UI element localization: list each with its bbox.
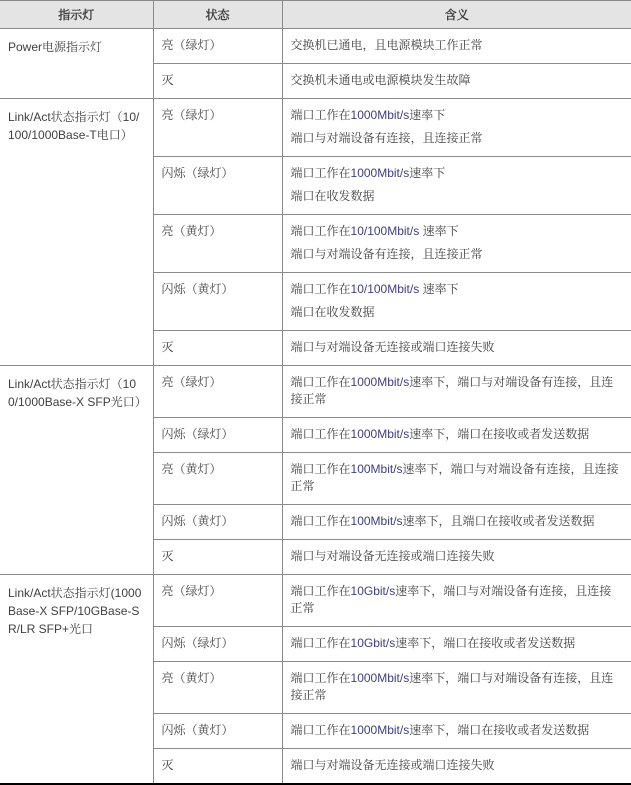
meaning-paragraph: 端口工作在1000Mbit/s速率下，端口在接收或者发送数据 (291, 722, 624, 739)
meaning-text: 速率下，端口在接收或者发送数据 (409, 723, 589, 737)
state-cell: 灭 (153, 540, 282, 575)
meaning-cell: 端口工作在1000Mbit/s速率下，端口与对端设备有连接，且连接正常 (282, 366, 631, 418)
state-cell: 闪烁（绿灯） (153, 627, 282, 662)
state-cell: 灭 (153, 749, 282, 785)
meaning-paragraph: 端口工作在1000Mbit/s速率下 (291, 165, 624, 182)
meaning-cell: 交换机未通电或电源模块发生故障 (282, 64, 631, 99)
indicator-cell: Link/Act状态指示灯(1000Base-X SFP/10GBase-SR/… (0, 575, 153, 785)
meaning-paragraph: 端口工作在100Mbit/s速率下，且端口在接收或者发送数据 (291, 513, 624, 530)
meaning-text: 端口与对端设备无连接或端口连接失败 (291, 340, 495, 354)
indicator-cell: Link/Act状态指示灯（100/1000Base-X SFP光口） (0, 366, 153, 575)
meaning-text: 端口工作在 (291, 108, 351, 122)
meaning-text: 端口工作在 (291, 462, 351, 476)
state-cell: 闪烁（黄灯） (153, 714, 282, 749)
speed-value[interactable]: 100Mbit/s (351, 462, 403, 476)
meaning-text: 端口工作在 (291, 282, 351, 296)
meaning-text: 端口工作在 (291, 166, 351, 180)
meaning-cell: 端口工作在1000Mbit/s速率下端口与对端设备有连接，且连接正常 (282, 99, 631, 157)
speed-value[interactable]: 1000Mbit/s (351, 166, 410, 180)
state-cell: 亮（黄灯） (153, 453, 282, 505)
meaning-paragraph: 端口工作在10Gbit/s速率下，端口与对端设备有连接，且连接正常 (291, 583, 624, 617)
meaning-cell: 端口工作在100Mbit/s速率下，且端口在接收或者发送数据 (282, 505, 631, 540)
column-header-indicator: 指示灯 (0, 1, 153, 29)
speed-value[interactable]: 1000Mbit/s (351, 108, 410, 122)
meaning-text: 端口工作在 (291, 584, 351, 598)
meaning-paragraph: 端口与对端设备无连接或端口连接失败 (291, 548, 624, 565)
meaning-cell: 端口工作在10/100Mbit/s 速率下端口与对端设备有连接，且连接正常 (282, 215, 631, 273)
meaning-text: 交换机已通电，且电源模块工作正常 (291, 38, 483, 52)
state-cell: 亮（黄灯） (153, 215, 282, 273)
meaning-cell: 端口工作在100Mbit/s速率下，端口与对端设备有连接，且连接正常 (282, 453, 631, 505)
meaning-paragraph: 端口与对端设备有连接，且连接正常 (291, 246, 624, 263)
meaning-cell: 交换机已通电，且电源模块工作正常 (282, 29, 631, 64)
meaning-paragraph: 端口工作在1000Mbit/s速率下，端口与对端设备有连接，且连接正常 (291, 374, 624, 408)
meaning-paragraph: 端口工作在100Mbit/s速率下，端口与对端设备有连接，且连接正常 (291, 461, 624, 495)
state-cell: 灭 (153, 331, 282, 366)
meaning-paragraph: 交换机已通电，且电源模块工作正常 (291, 37, 624, 54)
speed-value[interactable]: 10/100Mbit/s (351, 282, 420, 296)
meaning-paragraph: 端口工作在10Gbit/s速率下，端口在接收或者发送数据 (291, 635, 624, 652)
meaning-text: 端口工作在 (291, 636, 351, 650)
meaning-paragraph: 交换机未通电或电源模块发生故障 (291, 72, 624, 89)
speed-value[interactable]: 100Mbit/s (351, 514, 403, 528)
meaning-paragraph: 端口与对端设备无连接或端口连接失败 (291, 339, 624, 356)
state-cell: 闪烁（黄灯） (153, 273, 282, 331)
meaning-text: 端口工作在 (291, 427, 351, 441)
meaning-cell: 端口工作在1000Mbit/s速率下，端口在接收或者发送数据 (282, 418, 631, 453)
header-row: 指示灯 状态 含义 (0, 1, 631, 29)
meaning-text: 端口与对端设备有连接，且连接正常 (291, 131, 483, 145)
meaning-text: 速率下，端口在接收或者发送数据 (395, 636, 575, 650)
meaning-text: 速率下，端口在接收或者发送数据 (409, 427, 589, 441)
meaning-text: 端口工作在 (291, 375, 351, 389)
meaning-paragraph: 端口工作在1000Mbit/s速率下 (291, 107, 624, 124)
meaning-cell: 端口工作在1000Mbit/s速率下，端口与对端设备有连接，且连接正常 (282, 662, 631, 714)
meaning-paragraph: 端口工作在10/100Mbit/s 速率下 (291, 281, 624, 298)
speed-value[interactable]: 10Gbit/s (351, 584, 396, 598)
meaning-text: 交换机未通电或电源模块发生故障 (291, 73, 471, 87)
meaning-cell: 端口与对端设备无连接或端口连接失败 (282, 331, 631, 366)
led-indicator-table: 指示灯 状态 含义 Power电源指示灯亮（绿灯）交换机已通电，且电源模块工作正… (0, 0, 631, 785)
speed-value[interactable]: 10/100Mbit/s (351, 224, 420, 238)
meaning-text: 端口工作在 (291, 224, 351, 238)
meaning-cell: 端口工作在10Gbit/s速率下，端口与对端设备有连接，且连接正常 (282, 575, 631, 627)
meaning-cell: 端口工作在10/100Mbit/s 速率下端口在收发数据 (282, 273, 631, 331)
state-cell: 灭 (153, 64, 282, 99)
state-cell: 闪烁（黄灯） (153, 505, 282, 540)
meaning-text: 端口与对端设备无连接或端口连接失败 (291, 758, 495, 772)
table-row: Link/Act状态指示灯（100/1000Base-X SFP光口）亮（绿灯）… (0, 366, 631, 418)
meaning-text: 端口工作在 (291, 671, 351, 685)
meaning-paragraph: 端口在收发数据 (291, 188, 624, 205)
state-cell: 闪烁（绿灯） (153, 418, 282, 453)
state-cell: 亮（绿灯） (153, 575, 282, 627)
speed-value[interactable]: 10Gbit/s (351, 636, 396, 650)
meaning-text: 速率下 (419, 282, 458, 296)
table-row: Link/Act状态指示灯（10/100/1000Base-T电口）亮（绿灯）端… (0, 99, 631, 157)
state-cell: 亮（黄灯） (153, 662, 282, 714)
meaning-paragraph: 端口与对端设备有连接，且连接正常 (291, 130, 624, 147)
column-header-meaning: 含义 (282, 1, 631, 29)
meaning-cell: 端口与对端设备无连接或端口连接失败 (282, 749, 631, 785)
meaning-text: 速率下，且端口在接收或者发送数据 (403, 514, 595, 528)
meaning-paragraph: 端口工作在10/100Mbit/s 速率下 (291, 223, 624, 240)
meaning-text: 速率下 (419, 224, 458, 238)
speed-value[interactable]: 1000Mbit/s (351, 427, 410, 441)
meaning-text: 速率下 (409, 108, 445, 122)
meaning-text: 端口在收发数据 (291, 305, 375, 319)
meaning-text: 端口与对端设备有连接，且连接正常 (291, 247, 483, 261)
meaning-cell: 端口工作在1000Mbit/s速率下，端口在接收或者发送数据 (282, 714, 631, 749)
meaning-text: 端口工作在 (291, 723, 351, 737)
meaning-cell: 端口工作在1000Mbit/s速率下端口在收发数据 (282, 157, 631, 215)
table-row: Power电源指示灯亮（绿灯）交换机已通电，且电源模块工作正常 (0, 29, 631, 64)
table-row: Link/Act状态指示灯(1000Base-X SFP/10GBase-SR/… (0, 575, 631, 627)
meaning-text: 端口工作在 (291, 514, 351, 528)
state-cell: 亮（绿灯） (153, 366, 282, 418)
state-cell: 亮（绿灯） (153, 99, 282, 157)
table-body: Power电源指示灯亮（绿灯）交换机已通电，且电源模块工作正常灭交换机未通电或电… (0, 29, 631, 785)
speed-value[interactable]: 1000Mbit/s (351, 723, 410, 737)
column-header-state: 状态 (153, 1, 282, 29)
meaning-text: 速率下 (409, 166, 445, 180)
state-cell: 闪烁（绿灯） (153, 157, 282, 215)
meaning-paragraph: 端口与对端设备无连接或端口连接失败 (291, 757, 624, 774)
speed-value[interactable]: 1000Mbit/s (351, 671, 410, 685)
meaning-text: 端口在收发数据 (291, 189, 375, 203)
indicator-cell: Link/Act状态指示灯（10/100/1000Base-T电口） (0, 99, 153, 366)
meaning-paragraph: 端口工作在1000Mbit/s速率下，端口在接收或者发送数据 (291, 426, 624, 443)
meaning-paragraph: 端口在收发数据 (291, 304, 624, 321)
meaning-paragraph: 端口工作在1000Mbit/s速率下，端口与对端设备有连接，且连接正常 (291, 670, 624, 704)
indicator-cell: Power电源指示灯 (0, 29, 153, 99)
meaning-cell: 端口工作在10Gbit/s速率下，端口在接收或者发送数据 (282, 627, 631, 662)
speed-value[interactable]: 1000Mbit/s (351, 375, 410, 389)
meaning-text: 端口与对端设备无连接或端口连接失败 (291, 549, 495, 563)
state-cell: 亮（绿灯） (153, 29, 282, 64)
meaning-cell: 端口与对端设备无连接或端口连接失败 (282, 540, 631, 575)
